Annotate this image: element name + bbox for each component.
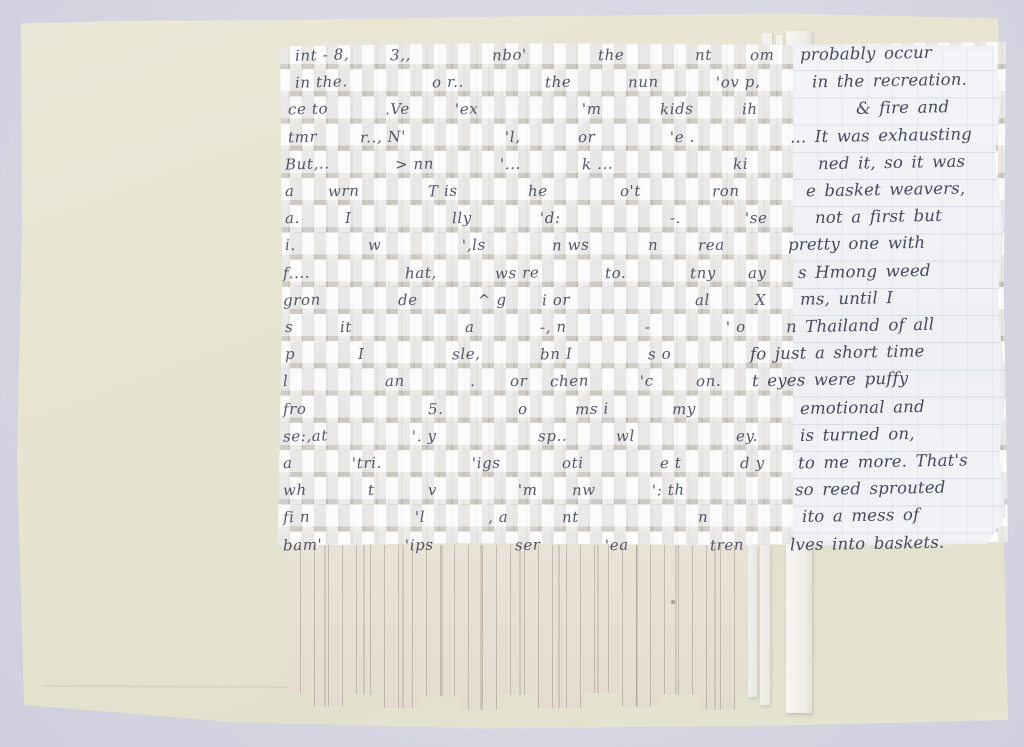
loose-strip [760,545,770,705]
strip-tip [776,35,783,46]
hanging-strips-panel [287,545,765,715]
paper-speck [671,600,675,604]
loose-strip [748,545,757,697]
letter-right-column [793,44,1008,546]
